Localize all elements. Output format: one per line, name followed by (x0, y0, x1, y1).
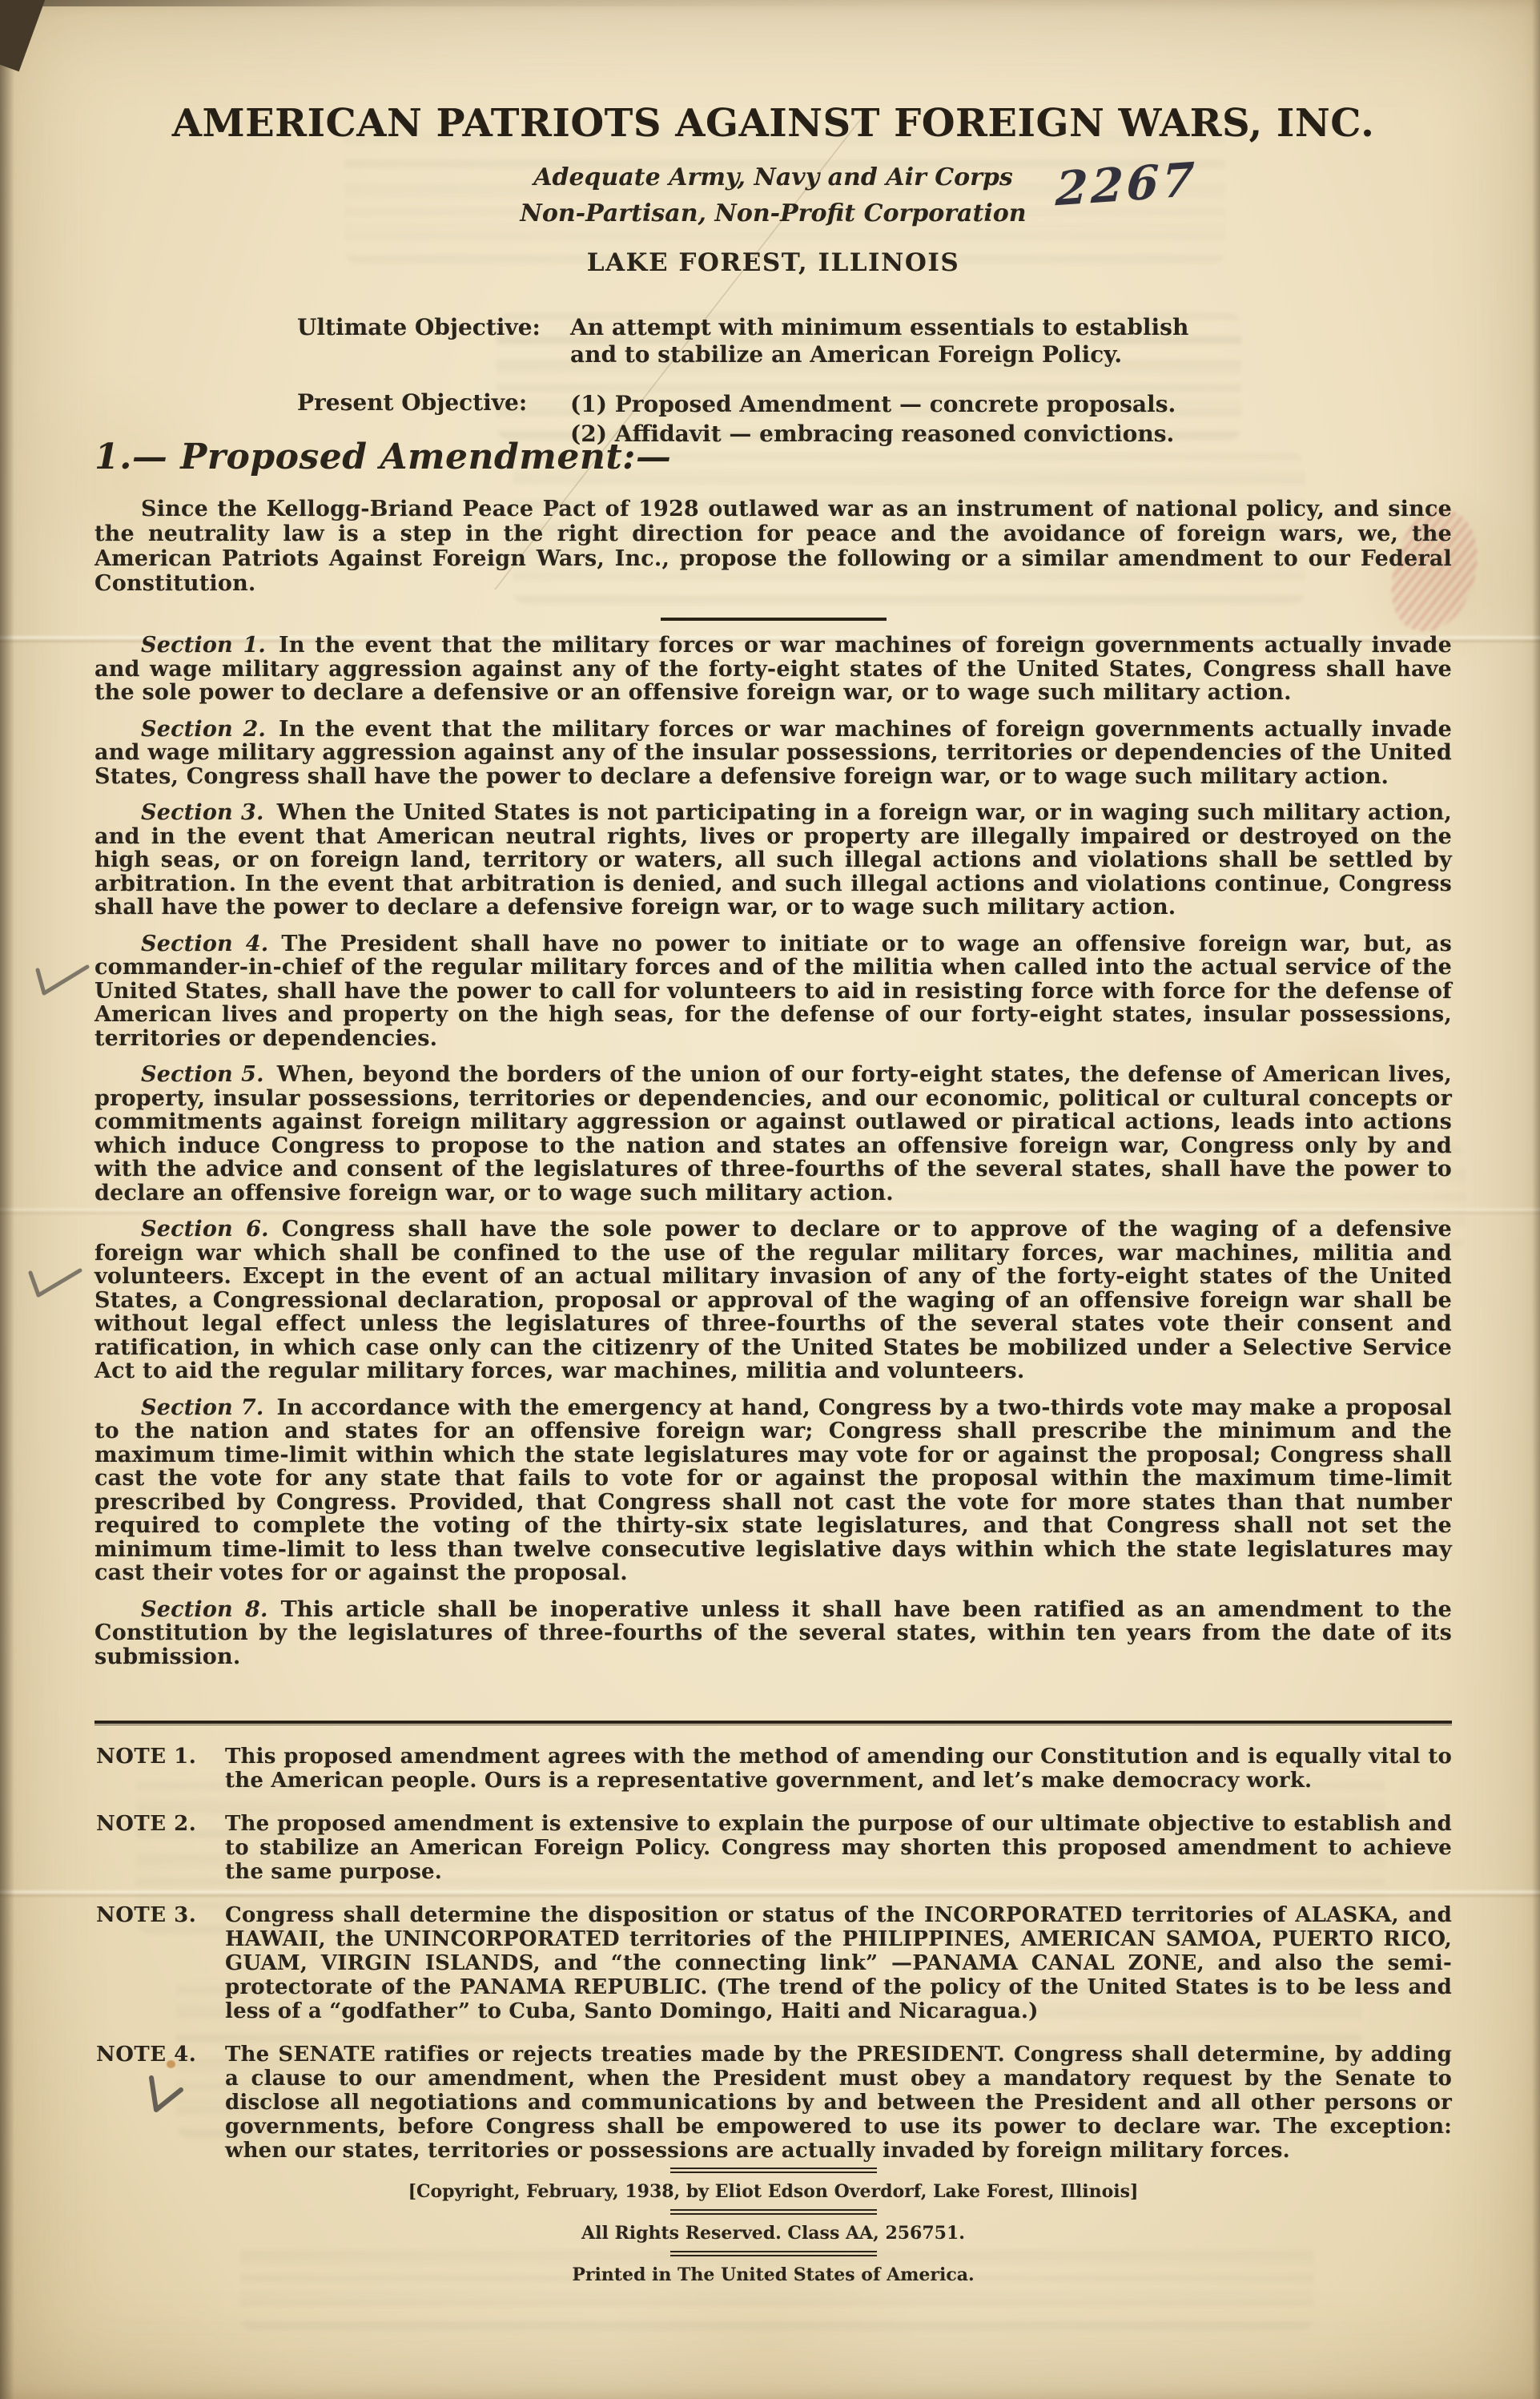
document-page: 2267 AMERICAN PATRIOTS AGAINST FOREIGN W… (0, 0, 1540, 2399)
footer-rule (670, 2168, 877, 2173)
document-header: AMERICAN PATRIOTS AGAINST FOREIGN WARS, … (94, 0, 1452, 449)
amendment-section: Section 2.In the event that the military… (94, 718, 1452, 789)
checkmark-icon (26, 1259, 85, 1301)
section-label: Section 3. (141, 800, 264, 825)
ultimate-objective-row: Ultimate Objective: An attempt with mini… (297, 314, 1452, 368)
amendment-section: Section 4.The President shall have no po… (94, 932, 1452, 1051)
page-edge-shadow (0, 0, 14, 2399)
document-footer: [Copyright, February, 1938, by Eliot Eds… (94, 2168, 1452, 2292)
amendment-block: 1.— Proposed Amendment:— Since the Kello… (94, 437, 1452, 1668)
amendment-section: Section 6.Congress shall have the sole p… (94, 1218, 1452, 1383)
tagline-army: Adequate Army, Navy and Air Corps (94, 163, 1452, 191)
tagline-nonpartisan: Non-Partisan, Non-Profit Corporation (94, 199, 1452, 227)
section-label: Section 8. (141, 1597, 268, 1622)
organization-name: AMERICAN PATRIOTS AGAINST FOREIGN WARS, … (94, 101, 1452, 146)
amendment-section: Section 8.This article shall be inoperat… (94, 1598, 1452, 1669)
note-item: NOTE 4. The SENATE ratifies or rejects t… (94, 2043, 1452, 2163)
section-text: In accordance with the emergency at hand… (94, 1395, 1452, 1586)
footer-rule (670, 2209, 877, 2215)
section-label: Section 7. (141, 1395, 263, 1420)
checkmark-icon (32, 958, 91, 1000)
notes-list: NOTE 1. This proposed amendment agrees w… (94, 1745, 1452, 2163)
present-objective-item: (1) Proposed Amendment — concrete propos… (570, 389, 1176, 419)
section-label: Section 1. (141, 633, 266, 658)
copyright-line: [Copyright, February, 1938, by Eliot Eds… (408, 2181, 1139, 2202)
amendment-heading: 1.— Proposed Amendment:— (94, 437, 1452, 477)
section-label: Section 2. (141, 717, 266, 742)
note-text: The SENATE ratifies or rejects treaties … (225, 2043, 1452, 2163)
location-line: LAKE FOREST, ILLINOIS (94, 248, 1452, 277)
section-text: In the event that the military forces or… (94, 717, 1452, 789)
note-label: NOTE 4. (96, 2043, 196, 2067)
note-text: Congress shall determine the disposition… (225, 1903, 1452, 2023)
notes-divider-rule (94, 1721, 1452, 1725)
section-label: Section 4. (141, 932, 268, 956)
amendment-intro: Since the Kellogg-Briand Peace Pact of 1… (94, 497, 1452, 596)
footer-rule (670, 2251, 877, 2256)
amendment-section: Section 5.When, beyond the borders of th… (94, 1063, 1452, 1205)
divider-rule (661, 618, 887, 621)
page-edge-shadow (1532, 0, 1540, 2399)
note-label: NOTE 2. (96, 1812, 196, 1836)
section-label: Section 6. (141, 1217, 269, 1242)
section-text: This article shall be inoperative unless… (94, 1597, 1452, 1669)
note-label: NOTE 3. (96, 1903, 196, 1927)
note-item: NOTE 1. This proposed amendment agrees w… (94, 1745, 1452, 1793)
section-text: In the event that the military forces or… (94, 633, 1452, 705)
sections-list: Section 1.In the event that the military… (94, 634, 1452, 1668)
note-text: This proposed amendment agrees with the … (225, 1745, 1452, 1793)
section-text: When the United States is not participat… (94, 800, 1452, 920)
amendment-section: Section 1.In the event that the military… (94, 634, 1452, 705)
amendment-section: Section 3.When the United States is not … (94, 801, 1452, 920)
torn-corner (0, 0, 49, 71)
note-text: The proposed amendment is extensive to e… (225, 1812, 1452, 1884)
notes-block: NOTE 1. This proposed amendment agrees w… (94, 1721, 1452, 2163)
objectives-block: Ultimate Objective: An attempt with mini… (94, 314, 1452, 449)
printed-line: Printed in The United States of America. (572, 2264, 974, 2285)
section-text: When, beyond the borders of the union of… (94, 1062, 1452, 1206)
note-item: NOTE 2. The proposed amendment is extens… (94, 1812, 1452, 1884)
note-label: NOTE 1. (96, 1745, 196, 1769)
note-item: NOTE 3. Congress shall determine the dis… (94, 1903, 1452, 2023)
ultimate-objective-text: An attempt with minimum essentials to es… (570, 314, 1219, 368)
section-text: Congress shall have the sole power to de… (94, 1217, 1452, 1383)
rights-line: All Rights Reserved. Class AA, 256751. (581, 2223, 965, 2244)
section-label: Section 5. (141, 1062, 264, 1087)
ultimate-objective-label: Ultimate Objective: (297, 314, 570, 368)
section-text: The President shall have no power to ini… (94, 932, 1452, 1051)
amendment-section: Section 7.In accordance with the emergen… (94, 1396, 1452, 1585)
